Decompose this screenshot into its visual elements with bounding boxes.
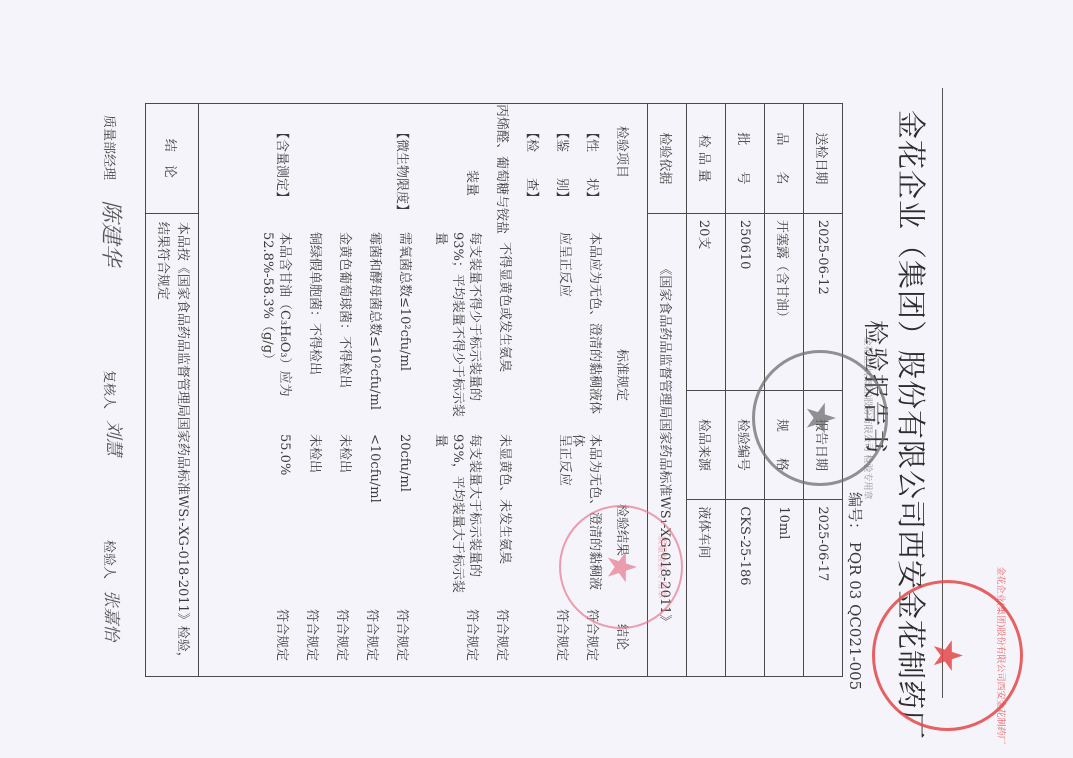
info-label: 检品来源 (687, 390, 726, 500)
test-result: 未显黄色、未发生氨臭 (496, 434, 513, 594)
info-value: 10ml (765, 500, 804, 677)
test-item-name: 装量 (464, 170, 483, 196)
test-conclusion: 符合规定 (334, 609, 353, 661)
star-icon: ★ (601, 549, 641, 585)
header-item: 检验项目 (614, 126, 633, 178)
basis-label: 检验依据 (648, 104, 687, 214)
test-conclusion: 符合规定 (304, 609, 323, 661)
manager-label: 质量部经理 (101, 115, 120, 180)
star-icon: ★ (928, 638, 968, 674)
test-conclusion: 符合规定 (394, 609, 413, 661)
company-seal-red: ★ 金花企业(集团)股份有限公司西安金花制药厂 (872, 580, 1023, 731)
inspector-signature: 张嘉怡 (101, 590, 126, 641)
red-seal-text: 金花企业(集团)股份有限公司西安金花制药厂 (995, 566, 1008, 744)
info-value: 250610 (726, 213, 765, 390)
test-result: 未检出 (336, 434, 353, 594)
conclusion-text: 本品按《国家食品药品监督管理局国家药品标准WS₁-XG-018-2011》检验，… (146, 213, 199, 676)
document-number-value: PQR 03 QC021-005 (846, 542, 864, 690)
test-standard: 本品含甘油（C₃H₈O₃）应为52.8%-58.3%（g/g） (259, 232, 293, 422)
qc-seal-gray: ★ 金花企业(集团)股份有限公司 检验专用章 (752, 350, 888, 486)
pink-seal-text: 质量检验专用章 (656, 535, 669, 598)
test-conclusion: 符合规定 (364, 609, 383, 661)
test-item-name: 丙烯醛、葡萄糖与铵盐 (494, 104, 513, 234)
test-standard: 金黄色葡萄球菌：不得检出 (336, 232, 353, 422)
test-standard: 霉菌和酵母菌总数≤10²cfu/ml (366, 232, 383, 422)
test-item-name: 【含量测定】 (274, 126, 293, 204)
test-result: 20cfu/ml (396, 434, 413, 594)
info-value: CKS-25-186 (726, 500, 765, 677)
test-conclusion: 符合规定 (494, 609, 513, 661)
document-number: 编号： PQR 03 QC021-005 (845, 492, 866, 690)
test-standard: 需氧菌总数≤10²cfu/ml (396, 232, 413, 422)
inspection-report-page: 金花企业（集团）股份有限公司西安金花制药厂 检验报告书 编号： PQR 03 Q… (0, 0, 1073, 758)
info-row: 检 品 量 20支 检品来源 液体车间 (687, 104, 726, 677)
test-standard: 应呈正反应 (556, 232, 573, 422)
conclusion-row: 结 论 本品按《国家食品药品监督管理局国家药品标准WS₁-XG-018-2011… (146, 104, 199, 677)
info-value: 2025-06-17 (804, 500, 843, 677)
test-standard: 每支装量不得少于标示装量的93%；平均装量不得少于标示装量 (432, 232, 483, 422)
test-item-name: 【鉴 别】 (554, 126, 573, 204)
manager-signature: 陈建华 (97, 200, 128, 266)
info-label: 检 品 量 (687, 104, 726, 214)
test-item-name: 【性 状】 (584, 126, 603, 204)
signature-line: 质量部经理 陈建华 复核人 刘慧 检验人 张嘉怡 (98, 115, 128, 675)
info-value: 20支 (687, 213, 726, 390)
test-conclusion: 符合规定 (274, 609, 293, 661)
test-item-name: 【微生物限度】 (394, 126, 413, 217)
test-standard: 本品应为无色、澄清的黏稠液体 (586, 232, 603, 422)
test-result: <10cfu/ml (366, 434, 383, 594)
star-icon: ★ (800, 400, 840, 436)
report-table: 送检日期 2025-06-12 报告日期 2025-06-17 品 名 开塞露（… (145, 103, 843, 677)
info-label: 送检日期 (804, 104, 843, 214)
info-value: 液体车间 (687, 500, 726, 677)
test-result: 55.0% (276, 434, 293, 594)
info-label: 批 号 (726, 104, 765, 214)
info-label: 品 名 (765, 104, 804, 214)
test-conclusion: 符合规定 (554, 609, 573, 661)
test-standard: 不得显黄色或发生氨臭 (496, 242, 513, 432)
inspector-label: 检验人 (101, 540, 120, 579)
test-result: 未检出 (306, 434, 323, 594)
header-standard: 标准规定 (614, 349, 633, 401)
reviewer-label: 复核人 (101, 370, 120, 409)
reviewer-signature: 刘慧 (102, 420, 128, 456)
conclusion-label: 结 论 (146, 104, 199, 214)
qc-seal-pink: ★ 质量检验专用章 (559, 505, 683, 629)
test-standard: 铜绿假单胞菌：不得检出 (306, 232, 323, 422)
test-conclusion: 符合规定 (464, 609, 483, 661)
test-result: 每支装量大于标示装量的93%，平均装量大于标示装量 (432, 434, 483, 594)
test-item-name: 【检 查】 (524, 126, 543, 204)
gray-seal-text: 金花企业(集团)股份有限公司 检验专用章 (862, 337, 875, 500)
